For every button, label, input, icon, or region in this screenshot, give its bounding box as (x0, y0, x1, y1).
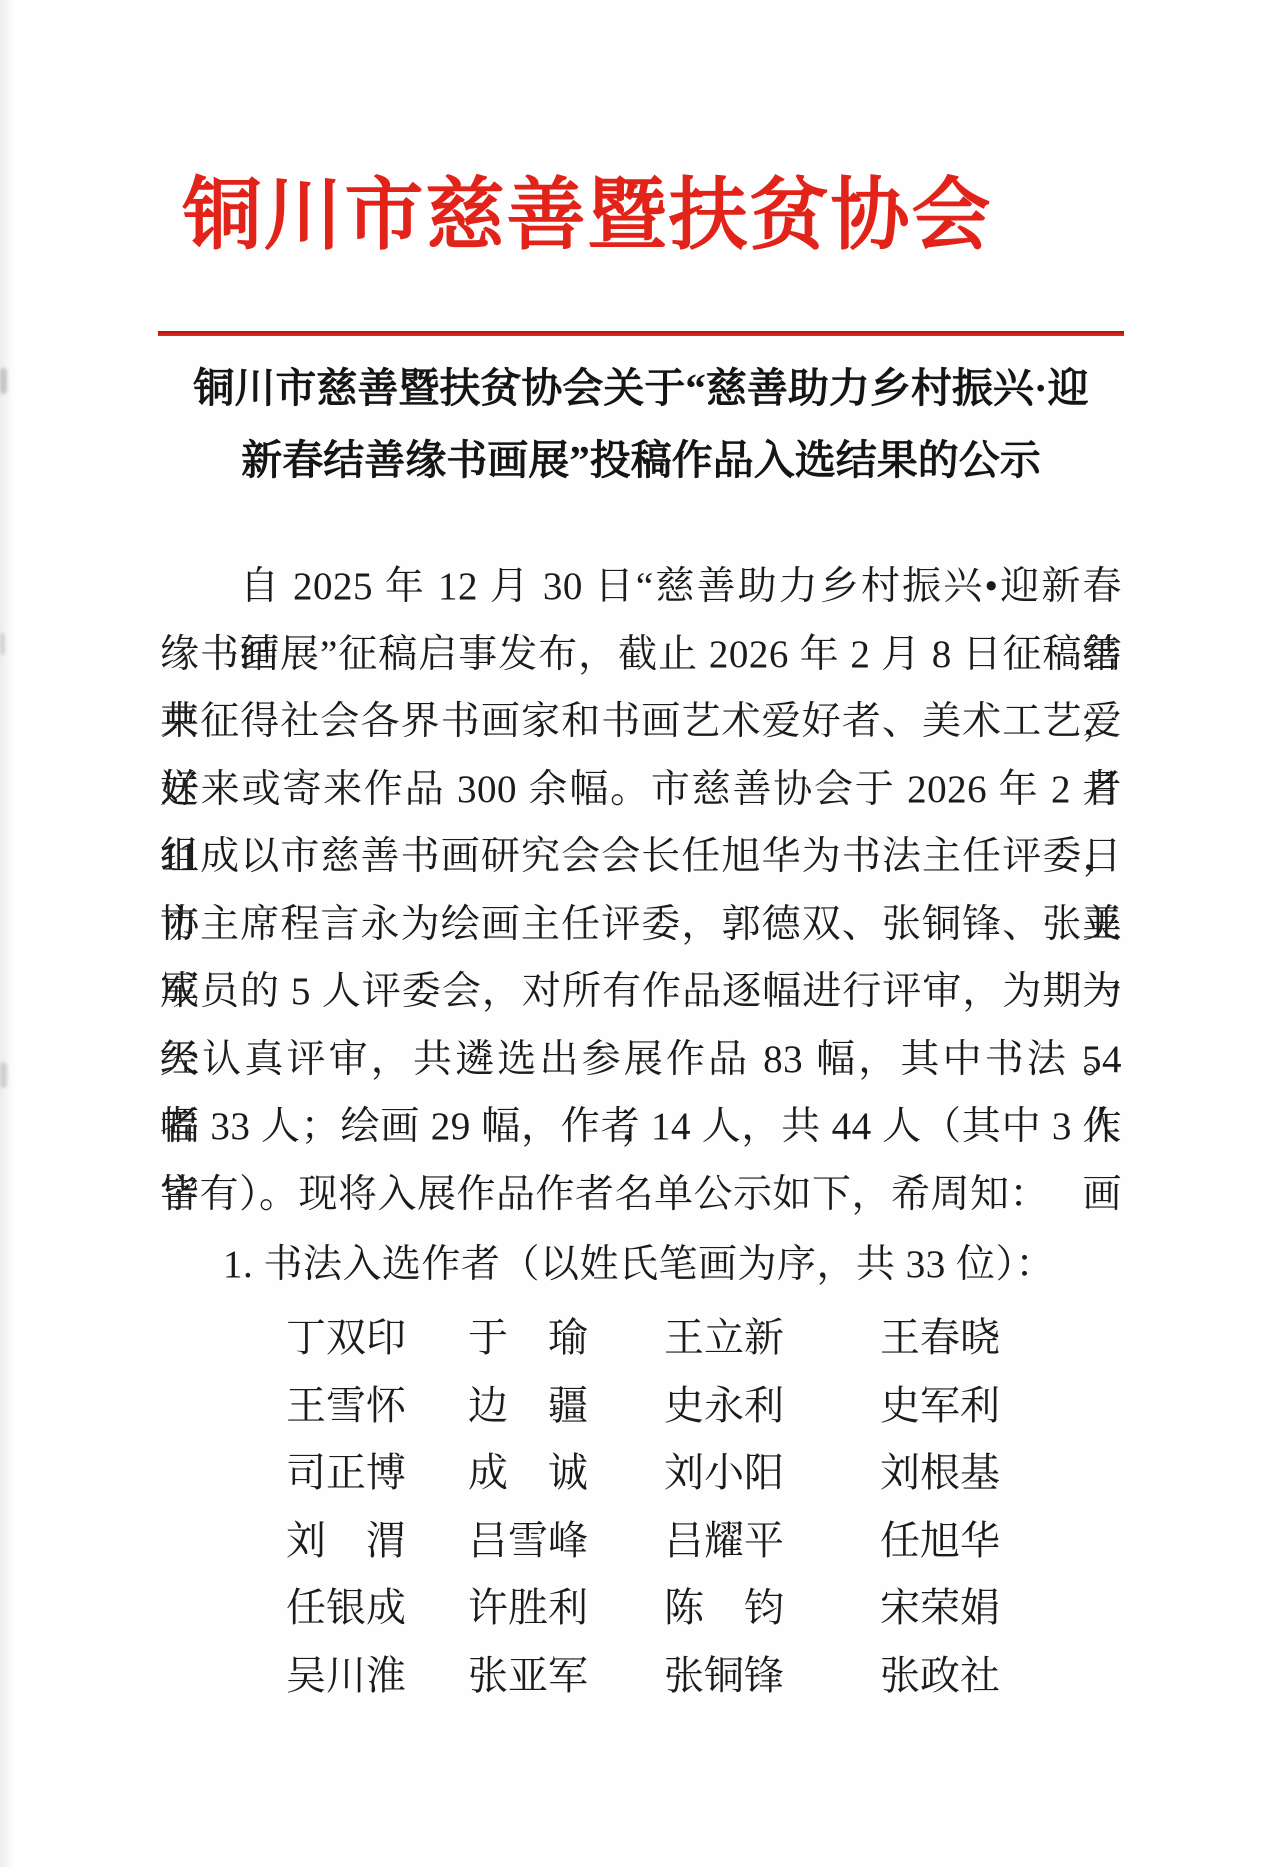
scan-artifact (0, 1062, 7, 1088)
body-line: 皆有）。现将入展作品作者名单公示如下，希周知： (160, 1161, 1122, 1229)
winner-name: 史永利 (664, 1372, 784, 1440)
body-text: 自 2025 年 12 月 30 日“慈善助力乡村振兴•迎新春结善 缘书画展”征… (160, 553, 1122, 1228)
winner-name: 王雪怀 (286, 1372, 406, 1440)
body-line: 组成以市慈善书画研究会会长任旭华为书法主任评委，市美 (160, 823, 1122, 891)
body-line: 协主席程言永为绘画主任评委，郭德双、张铜锋、张亚军为 (160, 891, 1122, 959)
name-row: 丁双印 于 瑜 王立新 王春晓 (160, 1304, 1122, 1372)
winner-name: 陈 钧 (664, 1574, 784, 1642)
winner-name: 成 诚 (468, 1439, 588, 1507)
body-line: 者 33 人；绘画 29 幅，作者 14 人，共 44 人（其中 3 人字画 (160, 1093, 1122, 1161)
winner-name: 刘根基 (880, 1439, 1000, 1507)
winner-name: 王立新 (664, 1304, 784, 1372)
winner-name: 史军利 (880, 1372, 1000, 1440)
winner-name: 任银成 (286, 1574, 406, 1642)
winner-name: 张政社 (880, 1642, 1000, 1710)
name-row: 王雪怀 边 疆 史永利 史军利 (160, 1372, 1122, 1440)
winner-name: 吕耀平 (664, 1507, 784, 1575)
section-heading-calligraphy: 1. 书法入选作者（以姓氏笔画为序，共 33 位）： (160, 1231, 1122, 1299)
document-title: 铜川市慈善暨扶贫协会关于“慈善助力乡村振兴·迎 新春结善缘书画展”投稿作品入选结… (160, 352, 1122, 496)
winner-name: 边 疆 (468, 1372, 588, 1440)
body-line: 成员的 5 人评委会，对所有作品逐幅进行评审，为期一天。 (160, 958, 1122, 1026)
header-divider-rule (158, 331, 1124, 336)
winner-name: 吕雪峰 (468, 1507, 588, 1575)
winner-name: 许胜利 (468, 1574, 588, 1642)
winner-name: 宋荣娟 (880, 1574, 1000, 1642)
name-row: 刘 渭 吕雪峰 吕耀平 任旭华 (160, 1507, 1122, 1575)
document-title-line1: 铜川市慈善暨扶贫协会关于“慈善助力乡村振兴·迎 (160, 352, 1122, 424)
body-line: 自 2025 年 12 月 30 日“慈善助力乡村振兴•迎新春结善 (160, 553, 1122, 621)
name-row: 吴川淮 张亚军 张铜锋 张政社 (160, 1642, 1122, 1710)
name-row: 任银成 许胜利 陈 钧 宋荣娟 (160, 1574, 1122, 1642)
winner-name: 张亚军 (468, 1642, 588, 1710)
winner-name: 司正博 (286, 1439, 406, 1507)
name-row: 司正博 成 诚 刘小阳 刘根基 (160, 1439, 1122, 1507)
winner-name: 王春晓 (880, 1304, 1000, 1372)
scan-artifact (0, 368, 7, 394)
winner-name: 丁双印 (286, 1304, 406, 1372)
winner-name: 吴川淮 (286, 1642, 406, 1710)
winner-name: 任旭华 (880, 1507, 1000, 1575)
body-line: 缘书画展”征稿启事发布，截止 2026 年 2 月 8 日征稿结束， (160, 621, 1122, 689)
body-line: 经认真评审，共遴选出参展作品 83 幅，其中书法 54 幅，作 (160, 1026, 1122, 1094)
winner-name: 于 瑜 (468, 1304, 588, 1372)
winner-name: 张铜锋 (664, 1642, 784, 1710)
winner-name: 刘小阳 (664, 1439, 784, 1507)
body-line: 共征得社会各界书画家和书画艺术爱好者、美术工艺爱好者 (160, 688, 1122, 756)
calligraphy-winners-list: 丁双印 于 瑜 王立新 王春晓 王雪怀 边 疆 史永利 史军利 司正博 成 诚 … (160, 1304, 1122, 1709)
document-page: 铜川市慈善暨扶贫协会 铜川市慈善暨扶贫协会关于“慈善助力乡村振兴·迎 新春结善缘… (0, 0, 1280, 1867)
winner-name: 刘 渭 (286, 1507, 406, 1575)
scan-edge-shading (0, 0, 14, 1867)
body-line: 送来或寄来作品 300 余幅。市慈善协会于 2026 年 2 月 11 日 (160, 756, 1122, 824)
org-name-header: 铜川市慈善暨扶贫协会 (0, 166, 1175, 269)
document-title-line2: 新春结善缘书画展”投稿作品入选结果的公示 (160, 424, 1122, 496)
scan-artifact (0, 633, 5, 655)
